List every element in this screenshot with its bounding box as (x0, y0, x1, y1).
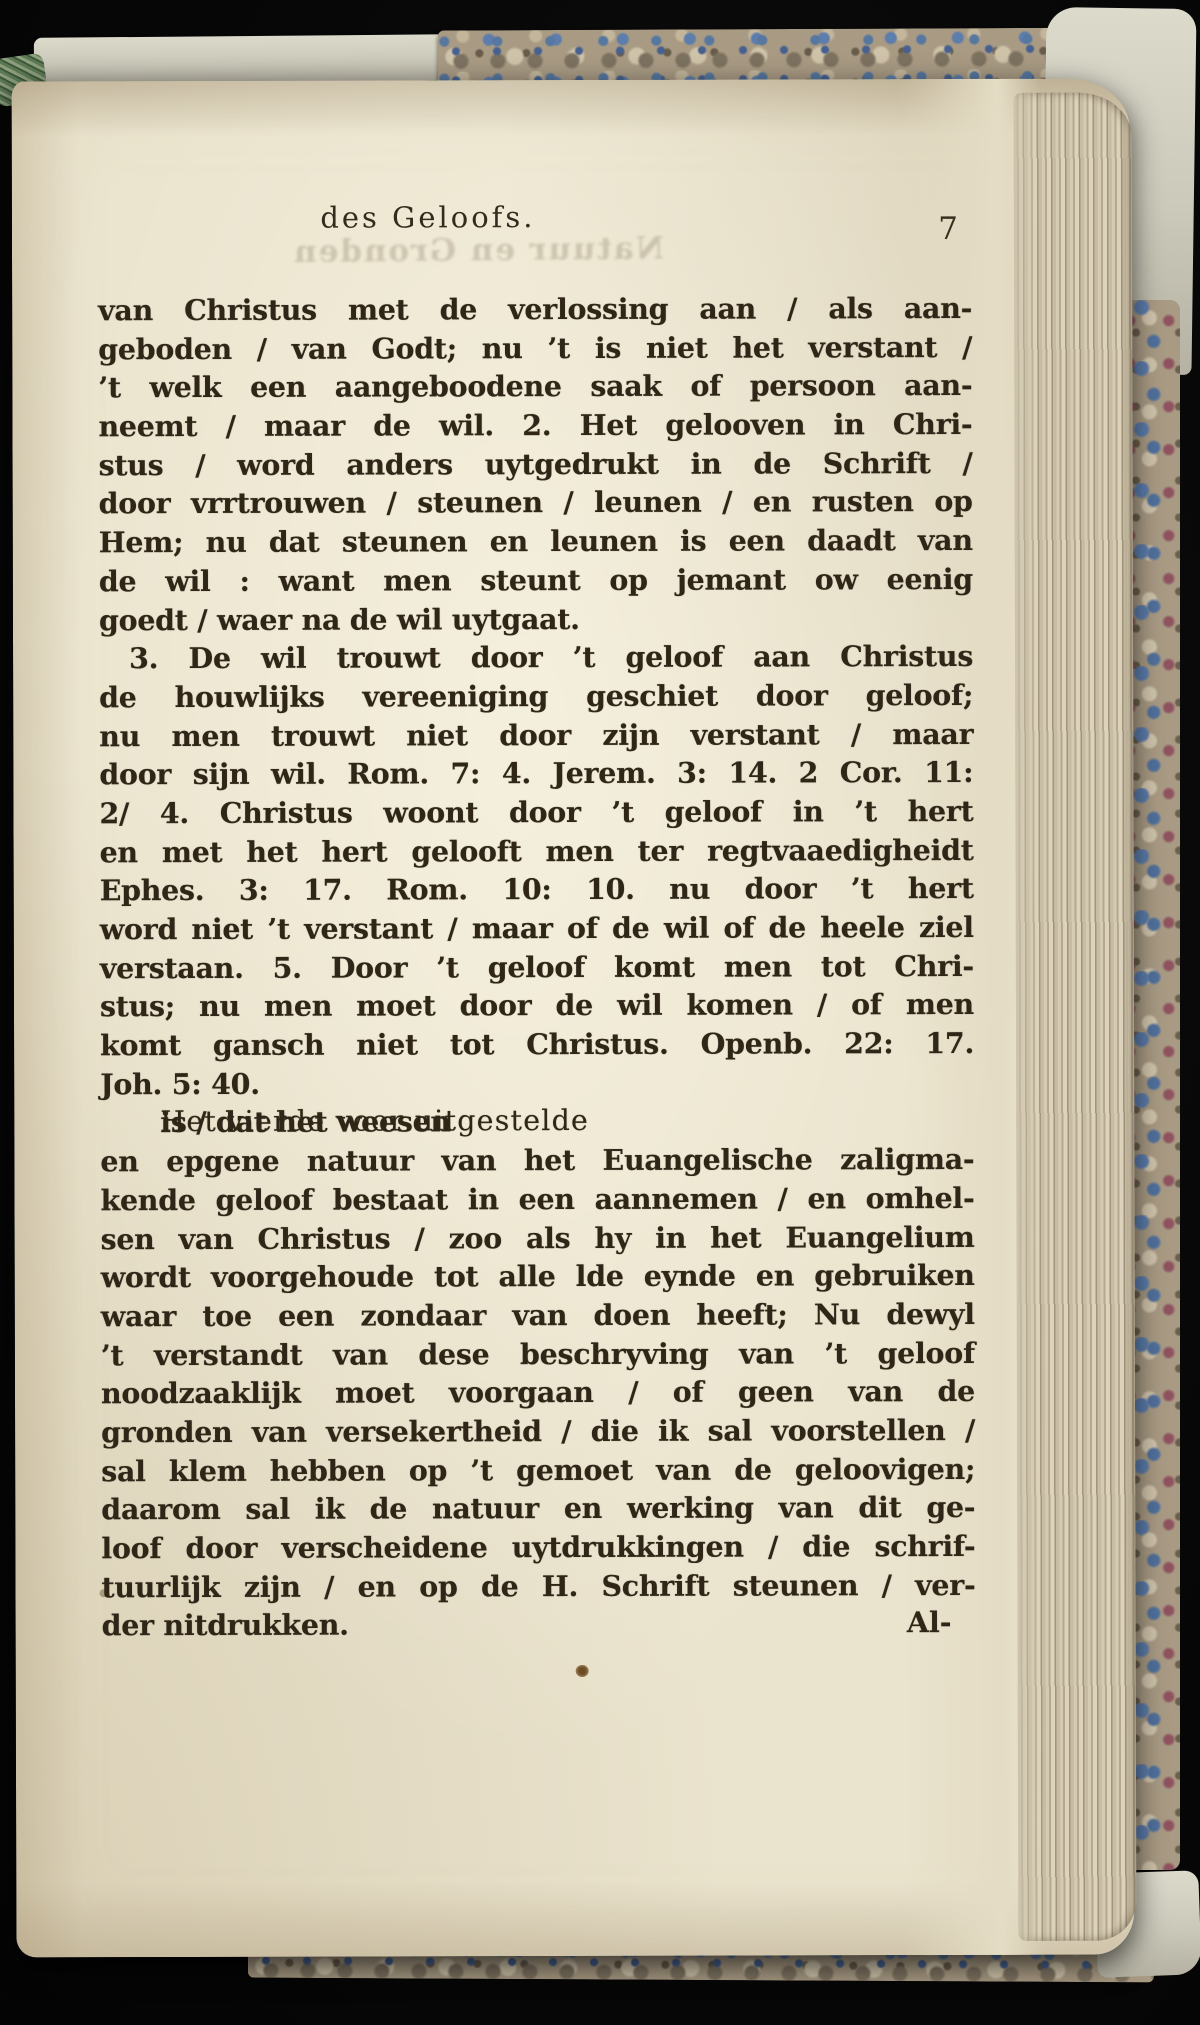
text-line: stus; nu men moet door de wil komen / of… (100, 987, 974, 1028)
book-page: Natuur en Gronden des Geloofs. 7 van Chr… (12, 79, 1135, 1958)
text-line: loof door verscheidene uytdrukkingen / d… (101, 1529, 975, 1570)
text-line: kende geloof bestaat in een aannemen / e… (100, 1181, 974, 1222)
text-line: waar toe een zondaar van doen heeft; Nu … (101, 1297, 975, 1338)
text-line: daarom sal ik de natuur en werking van d… (101, 1490, 975, 1531)
text-line: de houwlijks vereeniging geschiet door g… (99, 678, 973, 719)
text-line: Hem; nu dat steunen en leunen is een daa… (99, 523, 973, 564)
page-text-block: Natuur en Gronden des Geloofs. 7 van Chr… (98, 197, 976, 1759)
text-line: nu men trouwt niet door zijn verstant / … (99, 717, 973, 758)
vellum-cover-edge-top (34, 34, 464, 84)
text-line: Het vierde voor uitgestelde is / dat het… (100, 1103, 974, 1144)
text-line: sal klem hebben op ’t gemoet van de gelo… (101, 1452, 975, 1493)
text-line: en epgene natuur van het Euangelische za… (100, 1142, 974, 1183)
text-line: der nitdrukken. (102, 1606, 976, 1647)
page-number: 7 (938, 211, 958, 247)
text-line: tuurlijk zijn / en op de H. Schrift steu… (101, 1568, 975, 1609)
text-line: 3. De wil trouwt door ’t geloof aan Chri… (99, 639, 973, 680)
text-line: stus / word anders uytgedrukt in de Schr… (99, 446, 973, 487)
text-line: en met het hert gelooft men ter regtvaae… (100, 833, 974, 874)
text-line: sen van Christus / zoo als hy in het Eua… (101, 1219, 975, 1260)
text-line: 2/ 4. Christus woont door ’t geloof in ’… (99, 794, 973, 835)
header-row: des Geloofs. 7 (98, 197, 972, 293)
text-line: komt gansch niet tot Christus. Openb. 22… (100, 1026, 974, 1067)
running-header: des Geloofs. (320, 200, 535, 235)
text-line: door sijn wil. Rom. 7: 4. Jerem. 3: 14. … (99, 755, 973, 796)
text-line: verstaan. 5. Door ’t geloof komt men tot… (100, 949, 974, 990)
text-line: ’t welk een aangeboodene saak of persoon… (98, 368, 972, 409)
text-line: gronden van versekertheid / die ik sal v… (101, 1413, 975, 1454)
text-line: wordt voorgehoude tot alle lde eynde en … (101, 1258, 975, 1299)
text-line: door vrrtrouwen / steunen / leunen / en … (99, 484, 973, 525)
text-line: Joh. 5: 40. (100, 1065, 974, 1106)
text-line: noodzaaklijk moet voorgaan / of geen van… (101, 1374, 975, 1415)
gothic-type-segment: is / dat het weesen (130, 1105, 451, 1140)
text-line: Ephes. 3: 17. Rom. 10: 10. nu door ’t he… (100, 871, 974, 912)
catchword: Al- (907, 1605, 952, 1639)
text-line: word niet ’t verstant / maar of de wil o… (100, 910, 974, 951)
body-text: van Christus met de verlossing aan / als… (98, 291, 976, 1647)
text-line: goedt / waer na de wil uytgaat. (99, 600, 973, 641)
text-line: de wil : want men steunt op jemant ow ee… (99, 562, 973, 603)
text-line: ’t verstandt van dese beschryving van ’t… (101, 1336, 975, 1377)
marbled-cover-edge-top (438, 27, 1144, 86)
book-photograph: Natuur en Gronden des Geloofs. 7 van Chr… (0, 0, 1200, 2025)
text-line: van Christus met de verlossing aan / als… (98, 291, 972, 332)
text-line: neemt / maar de wil. 2. Het gelooven in … (98, 407, 972, 448)
text-line: geboden / van Godt; nu ’t is niet het ve… (98, 330, 972, 371)
